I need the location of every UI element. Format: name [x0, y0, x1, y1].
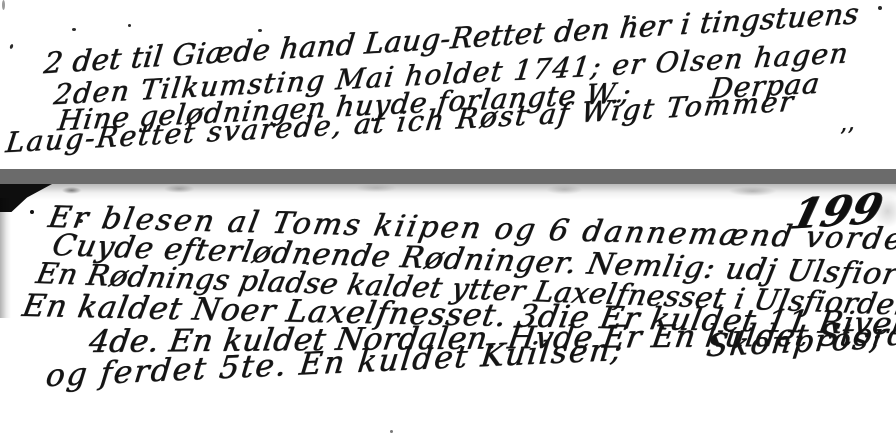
ink-speck	[306, 262, 309, 265]
manuscript-fragment-top: 2 det til Giæde hand Laug-Rettet den her…	[0, 0, 896, 169]
ink-speck	[78, 219, 83, 223]
ink-speck	[128, 24, 131, 27]
ink-speck	[72, 28, 76, 31]
paper-edge-texture	[0, 184, 896, 200]
ink-speck	[30, 210, 34, 214]
paper-edge-shadow-left	[0, 198, 11, 318]
ink-speck	[258, 29, 262, 32]
manuscript-scan: 2 det til Giæde hand Laug-Rettet den her…	[0, 0, 896, 438]
ink-speck	[878, 6, 882, 10]
ink-speck	[2, 0, 5, 10]
ink-flourish-mark: ,,	[838, 110, 856, 136]
ink-speck	[390, 430, 393, 433]
scan-divider-band	[0, 169, 896, 184]
ink-speck	[632, 16, 636, 19]
